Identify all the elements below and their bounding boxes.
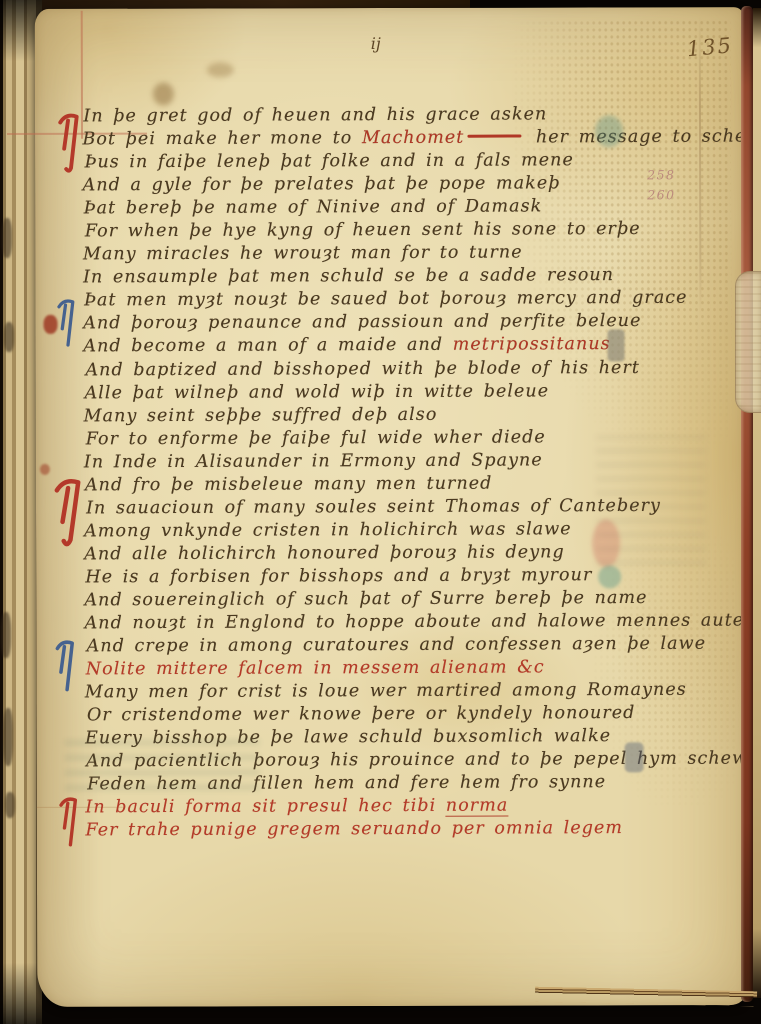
paraph-mark-red xyxy=(55,112,81,174)
latin-rubric-line: Fer trahe punige gregem seruando per omn… xyxy=(85,818,740,844)
latin-rubric-line: Nolite mittere falcem in messem alienam … xyxy=(86,657,741,683)
verse-line: And souereinglich of such þat of Surre b… xyxy=(84,587,739,613)
paraph-mark-blue xyxy=(53,298,77,350)
paraph-mark-blue xyxy=(52,639,76,695)
verse-line: And become a man of a maide and metripos… xyxy=(83,334,738,360)
verse-line: And pacientlich þorouȝ his prouince and … xyxy=(86,749,741,775)
facing-page-text-fragment xyxy=(5,792,15,818)
verse-line: Þus in faiþe leneþ þat folke and in a fa… xyxy=(85,150,740,176)
verse-line: In sauacioun of many soules seint Thomas… xyxy=(86,495,741,521)
verse-line: And baptized and bisshoped with þe blode… xyxy=(85,357,740,383)
verse-line: Many seint seþþe suffred deþ also xyxy=(84,403,739,429)
verse-line: And þorouȝ penaunce and passioun and per… xyxy=(83,311,738,337)
manuscript-page: ij 135 258 260 In þe gret god of heuen a… xyxy=(35,7,747,1007)
verse-line: For when þe hye kyng of heuen sent his s… xyxy=(85,219,740,245)
vellum-index-tab xyxy=(735,271,761,413)
page-fore-edge xyxy=(741,6,753,1002)
parchment-stain xyxy=(153,83,174,106)
verse-line: Among vnkynde cristen in holichirch was … xyxy=(84,518,739,544)
verse-line: For to enforme þe faiþe ful wide wher di… xyxy=(86,426,741,452)
red-ink-blot xyxy=(40,464,50,475)
verse-line: Bot þei make her mone to Machomet her me… xyxy=(82,127,737,153)
folio-number: 135 xyxy=(686,33,734,61)
verse-line: In þe gret god of heuen and his grace as… xyxy=(83,104,738,130)
verse-line: Many miracles he wrouȝt man for to turne xyxy=(83,242,738,268)
facing-page-text-fragment xyxy=(2,218,12,258)
verse-line: In Inde in Alisaunder in Ermony and Spay… xyxy=(84,449,739,475)
verse-line: Alle þat wilneþ and wold wiþ in witte be… xyxy=(85,380,740,406)
latin-rubric-line: In baculi forma sit presul hec tibi norm… xyxy=(85,795,740,821)
rubric-initial-mark xyxy=(52,477,82,549)
rubric-word: metripossitanus xyxy=(453,335,611,356)
verse-line: And alle holichirch honoured þorouȝ his … xyxy=(84,541,739,567)
rubric-filler-line xyxy=(467,135,521,138)
underlined-word: norma xyxy=(446,796,509,817)
parchment-stain xyxy=(207,62,234,77)
quire-signature: ij xyxy=(371,34,381,53)
verse-line: And a gyle for þe prelates þat þe pope m… xyxy=(83,173,738,199)
verse-line: And fro þe misbeleue many men turned xyxy=(85,472,740,498)
verse-line: Or cristendome wer knowe þere or kyndely… xyxy=(87,703,742,729)
verse-line: Þat bereþ þe name of Ninive and of Damas… xyxy=(84,196,739,222)
paraph-mark-red xyxy=(55,796,81,850)
facing-page-text-fragment xyxy=(3,708,13,766)
verse-line: Þat men myȝt nouȝt be saued bot þorouȝ m… xyxy=(84,288,739,314)
verse-line: Feden hem and fillen hem and fere hem fr… xyxy=(87,772,742,798)
text-block: In þe gret god of heuen and his grace as… xyxy=(82,104,740,844)
verse-line: And nouȝt in Englond to hoppe aboute and… xyxy=(85,611,740,637)
verse-line: And crepe in among curatoures and confes… xyxy=(87,634,742,660)
underlying-page-edge xyxy=(753,8,761,998)
verse-line: Many men for crist is loue wer martired … xyxy=(85,680,740,706)
verse-line: He is a forbisen for bisshops and a bryȝ… xyxy=(85,564,740,590)
facing-page-text-fragment xyxy=(4,322,14,352)
facing-page-text-fragment xyxy=(1,612,11,658)
rubric-word: Machomet xyxy=(362,128,464,148)
verse-line: Euery bisshop be þe lawe schuld buxsomli… xyxy=(85,726,740,752)
verse-line: In ensaumple þat men schuld se be a sadd… xyxy=(83,265,738,291)
